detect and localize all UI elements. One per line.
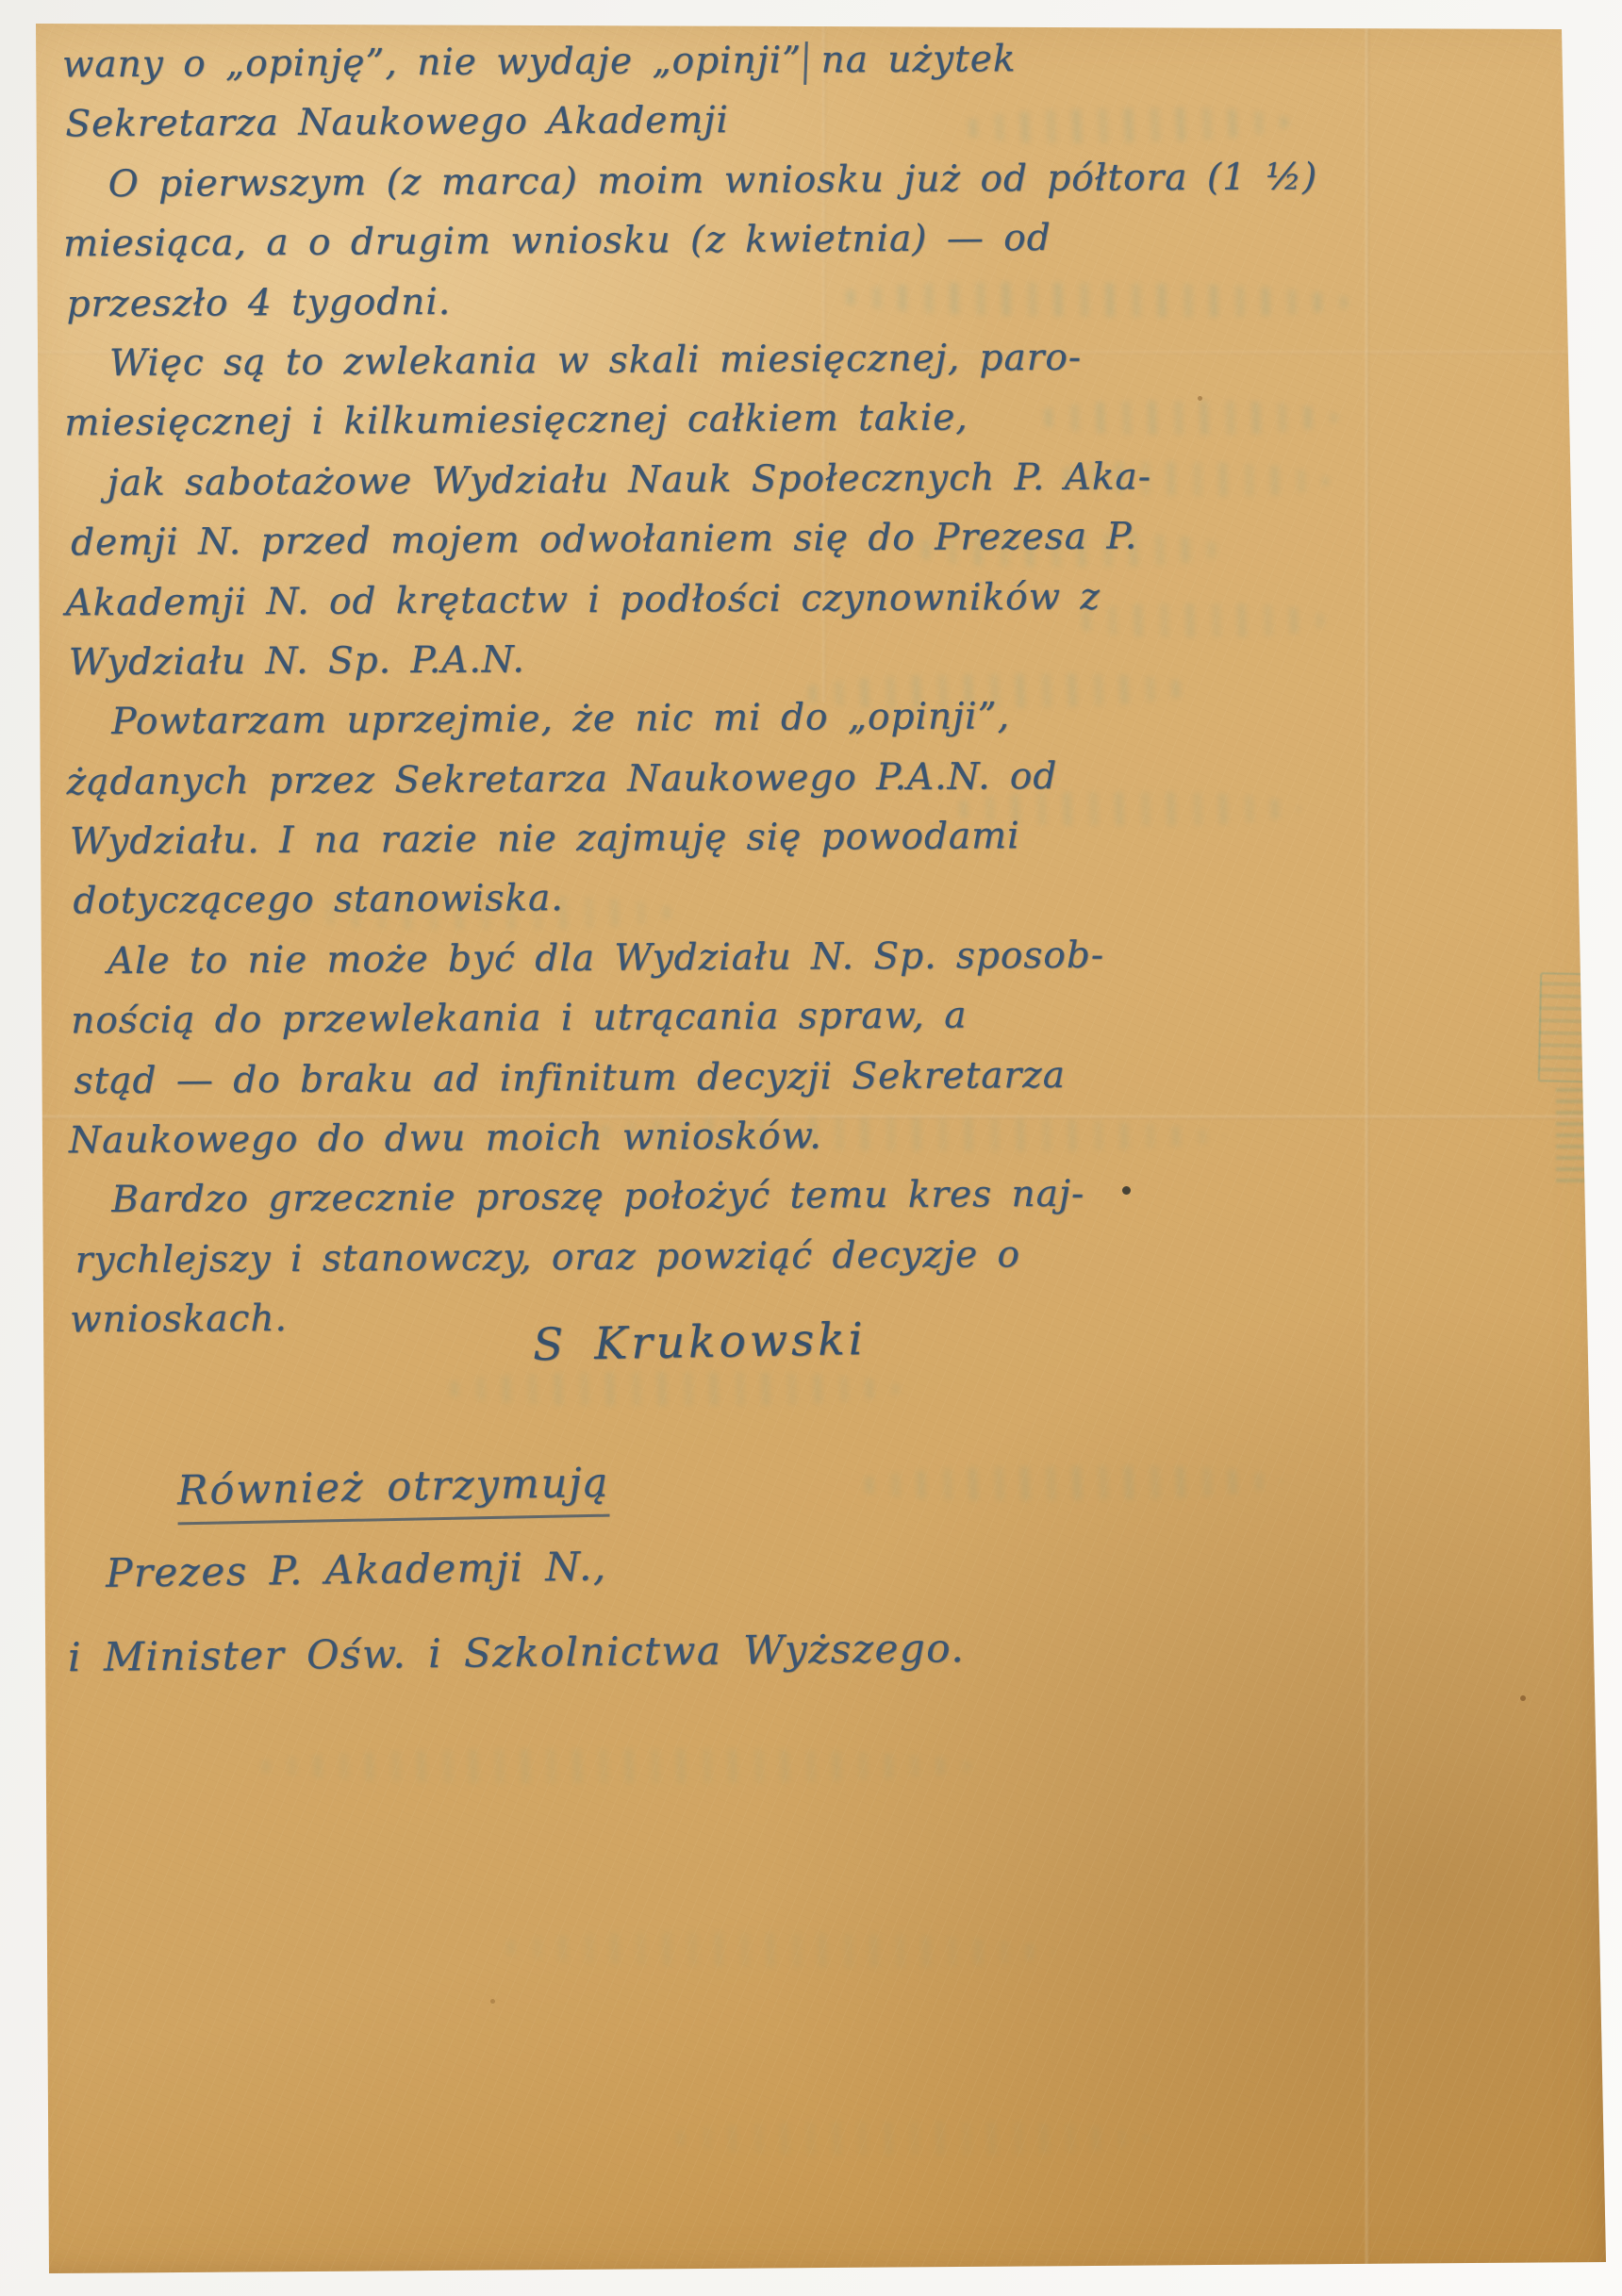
handwritten-line: Akademji N. od krętactw i podłości czyno…: [65, 567, 1084, 633]
ink-bleed-through: [245, 1749, 981, 1783]
handwritten-line: Wydziału. I na razie nie zajmuję się pow…: [70, 806, 1085, 872]
handwritten-line: nością do przewlekania i utrącania spraw…: [71, 985, 1086, 1051]
handwritten-line: stąd — do braku ad infinitum decyzji Sek…: [74, 1045, 1086, 1111]
handwritten-line: jak sabotażowe Wydziału Nauk Społecznych…: [67, 447, 1083, 513]
handwritten-line: miesięcznej i kilkumiesięcznej całkiem t…: [64, 388, 1083, 454]
handwritten-line: przeszło 4 tygodni.: [66, 268, 1082, 334]
handwritten-line: Naukowego do dwu moich wniosków.: [69, 1105, 1087, 1171]
scan-background: | wany o „opinję”, nie wydaje „opinji” n…: [0, 0, 1622, 2296]
also-receive-heading: Również otrzymują: [176, 1460, 609, 1526]
also-receive-recipient: i Minister Ośw. i Szkolnictwa Wyższego.: [68, 1625, 966, 1680]
handwritten-line: rychlejszy i stanowczy, oraz powziąć dec…: [74, 1225, 1087, 1291]
ink-blot: [1122, 1186, 1131, 1195]
handwritten-line: O pierwszym (z marca) moim wniosku już o…: [69, 148, 1082, 214]
handwritten-line: miesiąca, a o drugim wniosku (z kwietnia…: [63, 208, 1082, 274]
handwritten-line: żądanych przez Sekretarza Naukowego P.A.…: [66, 746, 1084, 812]
faint-stamp: [1538, 972, 1615, 1083]
handwritten-line: dotyczącego stanowiska.: [73, 866, 1085, 932]
handwritten-line: Sekretarza Naukowego Akademji: [65, 89, 1081, 155]
ink-bleed-through: [1066, 603, 1330, 637]
handwritten-line: Bardzo grzecznie proszę położyć temu kre…: [72, 1165, 1087, 1231]
handwritten-line: Więc są to zwlekania w skali miesięcznej…: [70, 328, 1083, 394]
handwritten-line: Powtarzam uprzejmie, że nic mi do „opinj…: [72, 686, 1084, 752]
letter-body: wany o „opinję”, nie wydaje „opinji” na …: [62, 29, 1088, 1350]
ink-bleed-through: [660, 2122, 1150, 2156]
signature: S Krukowski: [533, 1313, 868, 1371]
paper-speck: [1520, 1695, 1526, 1701]
faint-stamp-text: [1556, 1086, 1596, 1190]
handwritten-line: demji N. przed mojem odwołaniem się do P…: [71, 507, 1084, 573]
handwritten-line: Ale to nie może być dla Wydziału N. Sp. …: [68, 926, 1086, 992]
also-receive-recipient: Prezes P. Akademji N.,: [106, 1543, 607, 1595]
handwritten-line: wany o „opinję”, nie wydaje „opinji” na …: [62, 29, 1081, 95]
handwritten-line: Wydziału N. Sp. P.A.N.: [69, 627, 1084, 693]
paper-speck: [1198, 396, 1202, 401]
ink-bleed-through: [849, 1464, 1283, 1502]
paper-speck: [490, 1999, 495, 2004]
ink-bleed-through: [434, 1372, 905, 1406]
fold-crease-vertical: [1365, 24, 1369, 2268]
ink-bleed-through: [490, 1930, 1056, 1969]
